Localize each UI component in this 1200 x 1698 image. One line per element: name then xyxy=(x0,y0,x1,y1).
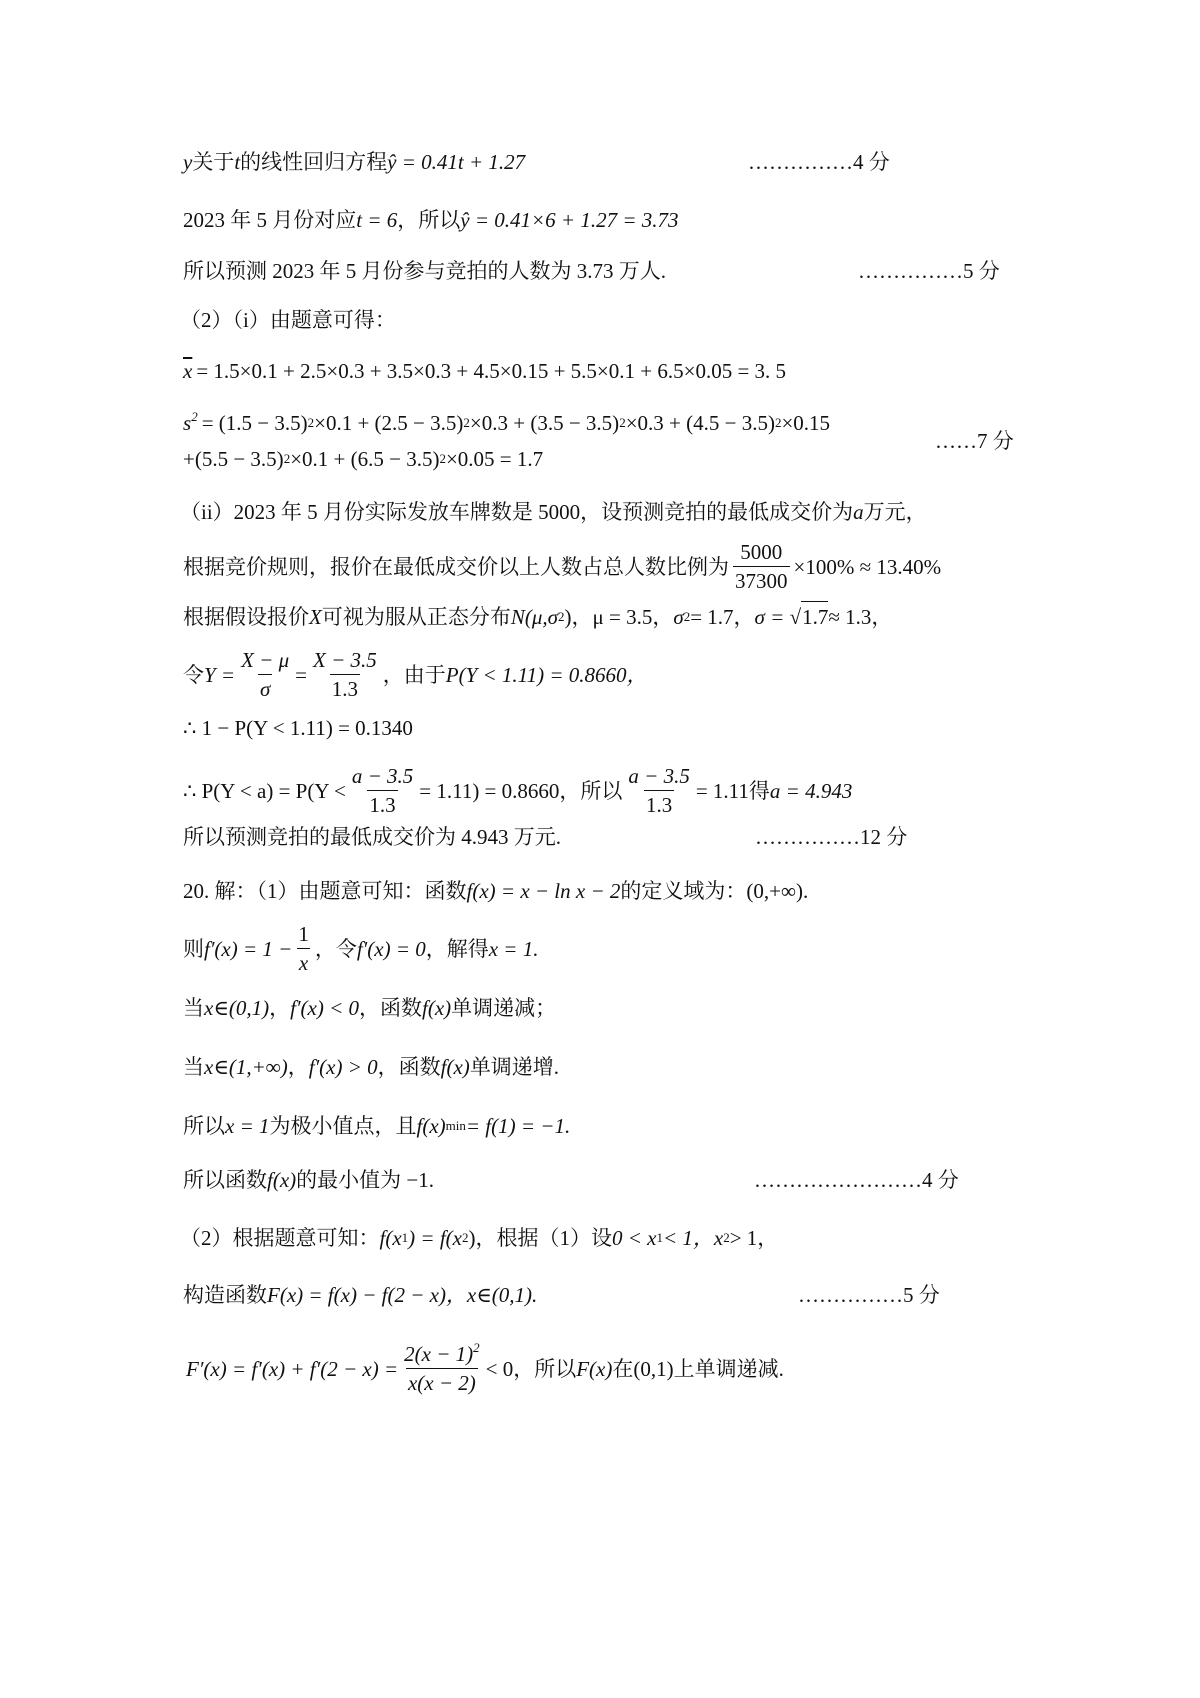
text: ，所以 xyxy=(559,776,622,806)
denominator: 1.3 xyxy=(367,790,397,819)
formula: f′(x) = 1 − xyxy=(204,934,292,964)
score-marker: ……………5 分 xyxy=(858,256,1000,286)
regression-formula: ŷ = 0.41t + 1.27 xyxy=(387,147,525,177)
text: 在 xyxy=(612,1354,633,1384)
text: 构造函数 xyxy=(183,1280,267,1310)
formula: x = 1 xyxy=(225,1111,270,1141)
formula: x∈(1,+∞) xyxy=(204,1052,288,1082)
formula: x∈(0,1) xyxy=(204,993,269,1023)
part-2ii-intro: （ii）2023 年 5 月份实际发放车牌数是 5000，设预测竞拍的最低成交价… xyxy=(180,497,927,527)
fraction: 5000 37300 xyxy=(733,538,790,595)
text: 根据竞价规则，报价在最低成交价以上人数占总人数比例为 xyxy=(183,552,729,582)
sqrt-value: 1.7 xyxy=(801,601,828,632)
part-2i-heading: （2）（i）由题意可得： xyxy=(180,305,396,335)
text: ，由于 xyxy=(383,660,446,690)
variance-continuation: +(5.5 − 3.5)2 ×0.1 + (6.5 − 3.5)2 ×0.05 … xyxy=(183,444,543,474)
text: 为极小值点，且 xyxy=(270,1111,417,1141)
numerator: 5000 xyxy=(738,538,784,566)
score-marker: ……7 分 xyxy=(935,426,1014,456)
numerator: a − 3.5 xyxy=(350,762,415,790)
text: ，令 xyxy=(315,934,357,964)
variance-calculation: s2 = (1.5 − 3.5)2 ×0.1 + (2.5 − 3.5)2 ×0… xyxy=(183,408,830,438)
text: （2）（i）由题意可得： xyxy=(180,305,396,335)
formula: ×0.3 + (3.5 − 3.5) xyxy=(470,408,619,438)
text: 单调递减； xyxy=(451,993,556,1023)
formula: < 0 xyxy=(486,1354,514,1384)
denominator: 1.3 xyxy=(644,790,674,819)
price-conclusion: 所以预测竞拍的最低成交价为 4.943 万元. xyxy=(183,822,561,852)
formula: f(x) xyxy=(417,1111,446,1141)
formula: ，μ = 3.5， xyxy=(571,602,673,632)
var-y: y xyxy=(183,147,192,177)
score-marker: ……………………4 分 xyxy=(754,1165,959,1195)
regression-equation-line: y 关于 t 的线性回归方程 ŷ = 0.41t + 1.27 xyxy=(183,147,525,177)
text: ，解得 xyxy=(426,934,489,964)
formula: f(x) xyxy=(422,993,451,1023)
decreasing-interval: 当 x∈(0,1) ， f′(x) < 0 ，函数 f(x) 单调递减； xyxy=(183,993,556,1023)
score-marker: ……………4 分 xyxy=(748,147,890,177)
formula: f′(x) < 0 xyxy=(290,993,359,1023)
denominator: x xyxy=(297,948,310,977)
formula: f(x) xyxy=(267,1165,296,1195)
ratio-line: 根据竞价规则，报价在最低成交价以上人数占总人数比例为 5000 37300 ×1… xyxy=(183,538,941,595)
text: ，所以 xyxy=(397,205,460,235)
text: ，所以 xyxy=(513,1354,576,1384)
formula: f(x xyxy=(380,1223,402,1253)
complement-probability: ∴ 1 − P(Y < 1.11) = 0.1340 xyxy=(183,713,413,743)
text: 可视为服从正态分布 xyxy=(322,602,511,632)
formula: = 1.11) = 0.8660 xyxy=(419,776,559,806)
denominator: 37300 xyxy=(733,566,790,595)
text: 所以预测竞拍的最低成交价为 4.943 万元. xyxy=(183,822,561,852)
formula: = 1.5×0.1 + 2.5×0.3 + 3.5×0.3 + 4.5×0.15… xyxy=(196,356,786,386)
formula: = (1.5 − 3.5) xyxy=(202,408,308,438)
text: ，函数 xyxy=(359,993,422,1023)
fraction: X − 3.5 1.3 xyxy=(311,646,379,703)
formula: F′(x) = f′(x) + f′(2 − x) = xyxy=(186,1354,398,1384)
text: 所以函数 xyxy=(183,1165,267,1195)
F-derivative-line: F′(x) = f′(x) + f′(2 − x) = 2(x − 1)2 x(… xyxy=(186,1340,784,1397)
text: （ii）2023 年 5 月份实际发放车牌数是 5000，设预测竞拍的最低成交价… xyxy=(180,497,853,527)
formula: = 1.7， xyxy=(690,602,754,632)
denominator: 1.3 xyxy=(330,674,360,703)
text: 20. 解：（1）由题意可知：函数 xyxy=(183,876,467,906)
standardization-line: 令 Y = X − μ σ = X − 3.5 1.3 ，由于 P(Y < 1.… xyxy=(183,646,648,703)
text: 单调递增. xyxy=(470,1052,559,1082)
construct-function-line: 构造函数 F(x) = f(x) − f(2 − x)，x∈(0,1). xyxy=(183,1280,537,1310)
formula: ×100% ≈ 13.40% xyxy=(794,552,942,582)
prediction-line: 2023 年 5 月份对应 t = 6 ，所以 ŷ = 0.41×6 + 1.2… xyxy=(183,205,679,235)
function-definition: f(x) = x − ln x − 2 xyxy=(467,876,621,906)
var-X: X xyxy=(309,602,322,632)
formula: > 1， xyxy=(730,1223,779,1253)
text: 万元， xyxy=(864,497,927,527)
var-s: s2 xyxy=(183,408,198,438)
text: 所以 xyxy=(183,1111,225,1141)
fraction: a − 3.5 1.3 xyxy=(350,762,415,819)
formula: ×0.1 + (2.5 − 3.5) xyxy=(314,408,463,438)
text: （2）根据题意可知： xyxy=(180,1223,380,1253)
formula: ×0.05 = 1.7 xyxy=(446,444,543,474)
numerator: 2(x − 1)2 xyxy=(402,1340,481,1368)
formula: f′(x) > 0 xyxy=(309,1052,378,1082)
fraction: X − μ σ xyxy=(239,646,291,703)
formula: ) = f(x xyxy=(408,1223,462,1253)
derivative-line: 则 f′(x) = 1 − 1 x ，令 f′(x) = 0 ，解得 x = 1… xyxy=(183,920,538,977)
fraction: 1 x xyxy=(296,920,311,977)
normal-distribution-line: 根据假设报价 X 可视为服从正态分布 N(μ,σ2) ，μ = 3.5， σ2 … xyxy=(183,601,892,632)
text: ，函数 xyxy=(378,1052,441,1082)
formula: ) xyxy=(468,1223,475,1253)
solve-a-line: ∴ P(Y < a) = P(Y < a − 3.5 1.3 = 1.11) =… xyxy=(183,762,852,819)
text: 的定义域为： xyxy=(620,876,746,906)
text: 得 xyxy=(749,776,770,806)
text: 的线性回归方程 xyxy=(240,147,387,177)
formula: = f(1) = −1. xyxy=(466,1111,570,1141)
formula: F(x) xyxy=(576,1354,612,1384)
text: 关于 xyxy=(192,147,234,177)
text: 当 xyxy=(183,993,204,1023)
text: 2023 年 5 月份对应 xyxy=(183,205,356,235)
denominator: σ xyxy=(258,674,272,703)
text: ，根据（1）设 xyxy=(475,1223,612,1253)
numerator-text: 2(x − 1) xyxy=(404,1342,473,1366)
formula: f′(x) = 0 xyxy=(357,934,426,964)
formula: ∴ P(Y < a) = P(Y < xyxy=(183,776,346,806)
numerator: 1 xyxy=(296,920,311,948)
formula: a = 4.943 xyxy=(770,776,852,806)
text: 当 xyxy=(183,1052,204,1082)
formula: P(Y < 1.11) = 0.8660， xyxy=(446,660,648,690)
text: 根据假设报价 xyxy=(183,602,309,632)
formula: N(μ,σ xyxy=(511,602,558,632)
text: 上单调递减. xyxy=(674,1354,784,1384)
minimum-point-line: 所以 x = 1 为极小值点，且 f(x)min = f(1) = −1. xyxy=(183,1111,570,1141)
formula: < 1，x xyxy=(663,1223,723,1253)
increasing-interval: 当 x∈(1,+∞) ， f′(x) > 0 ，函数 f(x) 单调递增. xyxy=(183,1052,559,1082)
formula: ∴ 1 − P(Y < 1.11) = 0.1340 xyxy=(183,713,413,743)
formula: 0 < x xyxy=(612,1223,657,1253)
formula: f(x) xyxy=(441,1052,470,1082)
text: 的最小值为 −1. xyxy=(296,1165,434,1195)
formula: ×0.1 + (6.5 − 3.5) xyxy=(290,444,439,474)
formula: ≈ 1.3， xyxy=(828,602,892,632)
formula: ×0.3 + (4.5 − 3.5) xyxy=(626,408,775,438)
formula: ×0.15 xyxy=(781,408,830,438)
formula: +(5.5 − 3.5) xyxy=(183,444,284,474)
numerator: X − μ xyxy=(239,646,291,674)
var-sigma: σ xyxy=(673,602,683,632)
numerator: X − 3.5 xyxy=(311,646,379,674)
numerator: a − 3.5 xyxy=(626,762,691,790)
formula: = 1.11 xyxy=(696,776,749,806)
formula: (0,1) xyxy=(633,1354,673,1384)
mean-calculation: x = 1.5×0.1 + 2.5×0.3 + 3.5×0.3 + 4.5×0.… xyxy=(183,356,786,386)
formula: Y = xyxy=(204,660,235,690)
text: 令 xyxy=(183,660,204,690)
domain: (0,+∞). xyxy=(746,876,808,906)
var-a: a xyxy=(853,497,864,527)
problem-20-heading: 20. 解：（1）由题意可知：函数 f(x) = x − ln x − 2 的定… xyxy=(183,876,808,906)
denominator: x(x − 2) xyxy=(406,1368,478,1397)
minimum-value-line: 所以函数 f(x) 的最小值为 −1. xyxy=(183,1165,434,1195)
formula: x = 1. xyxy=(489,934,539,964)
formula: ŷ = 0.41×6 + 1.27 = 3.73 xyxy=(460,205,678,235)
formula: σ = √ xyxy=(755,602,802,632)
text: 所以预测 2023 年 5 月份参与竞拍的人数为 3.73 万人. xyxy=(183,256,666,286)
text: 则 xyxy=(183,934,204,964)
formula: t = 6 xyxy=(356,205,397,235)
score-marker: ……………5 分 xyxy=(798,1280,940,1310)
formula: F(x) = f(x) − f(2 − x)，x∈(0,1). xyxy=(267,1280,537,1310)
prediction-conclusion: 所以预测 2023 年 5 月份参与竞拍的人数为 3.73 万人. xyxy=(183,256,666,286)
score-marker: ……………12 分 xyxy=(755,822,907,852)
var-x-bar: x xyxy=(183,356,192,386)
fraction: a − 3.5 1.3 xyxy=(626,762,691,819)
fraction: 2(x − 1)2 x(x − 2) xyxy=(402,1340,481,1397)
part-2-setup: （2）根据题意可知： f(x1 ) = f(x2 ) ，根据（1）设 0 < x… xyxy=(180,1223,778,1253)
